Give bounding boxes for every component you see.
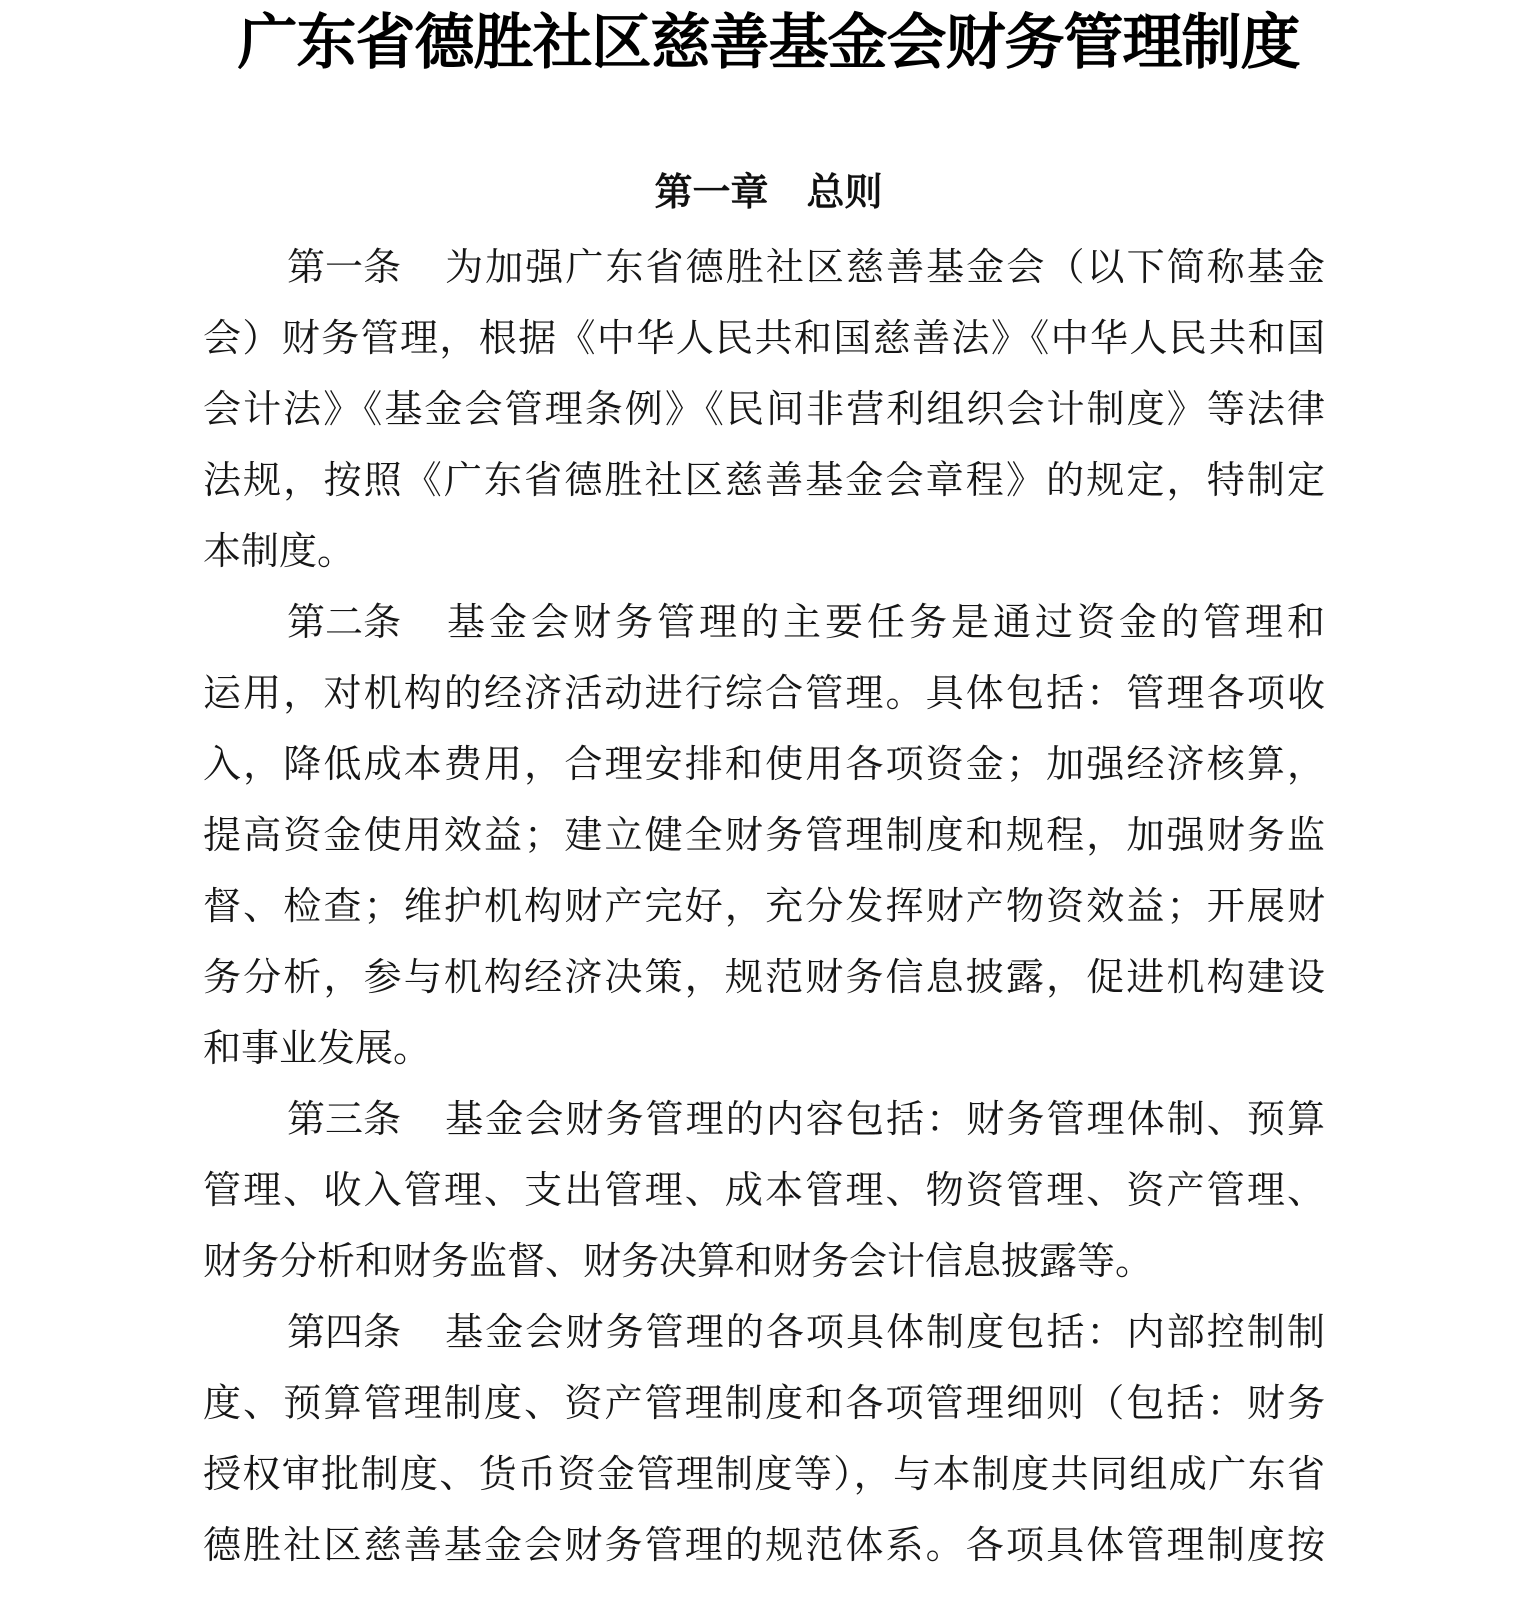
article-line: 督、检查；维护机构财产完好，充分发挥财产物资效益；开展财 — [203, 871, 1325, 942]
article-2: 第二条基金会财务管理的主要任务是通过资金的管理和 运用，对机构的经济活动进行综合… — [203, 587, 1325, 1084]
article-label: 第一条 — [287, 232, 401, 303]
document-body: 第一条为加强广东省德胜社区慈善基金会（以下简称基金 会）财务管理，根据《中华人民… — [203, 232, 1325, 1581]
article-line: 本制度。 — [203, 516, 1325, 587]
article-line: 提高资金使用效益；建立健全财务管理制度和规程，加强财务监 — [203, 800, 1325, 871]
article-line: 和事业发展。 — [203, 1013, 1325, 1084]
article-line: 入，降低成本费用，合理安排和使用各项资金；加强经济核算， — [203, 729, 1325, 800]
article-label: 第三条 — [287, 1084, 401, 1155]
article-line: 德胜社区慈善基金会财务管理的规范体系。各项具体管理制度按 — [203, 1510, 1325, 1581]
article-line: 管理、收入管理、支出管理、成本管理、物资管理、资产管理、 — [203, 1155, 1325, 1226]
article-line: 第三条基金会财务管理的内容包括：财务管理体制、预算 — [203, 1084, 1325, 1155]
document-title: 广东省德胜社区慈善基金会财务管理制度 — [0, 8, 1537, 78]
article-label: 第四条 — [287, 1297, 401, 1368]
article-line: 会计法》《基金会管理条例》《民间非营利组织会计制度》等法律 — [203, 374, 1325, 445]
article-1: 第一条为加强广东省德胜社区慈善基金会（以下简称基金 会）财务管理，根据《中华人民… — [203, 232, 1325, 587]
article-label: 第二条 — [287, 587, 401, 658]
article-line: 法规，按照《广东省德胜社区慈善基金会章程》的规定，特制定 — [203, 445, 1325, 516]
article-3: 第三条基金会财务管理的内容包括：财务管理体制、预算 管理、收入管理、支出管理、成… — [203, 1084, 1325, 1297]
article-text: 为加强广东省德胜社区慈善基金会（以下简称基金 — [443, 245, 1325, 289]
article-line: 第一条为加强广东省德胜社区慈善基金会（以下简称基金 — [203, 232, 1325, 303]
article-line: 运用，对机构的经济活动进行综合管理。具体包括：管理各项收 — [203, 658, 1325, 729]
article-line: 会）财务管理，根据《中华人民共和国慈善法》《中华人民共和国 — [203, 303, 1325, 374]
article-4: 第四条基金会财务管理的各项具体制度包括：内部控制制 度、预算管理制度、资产管理制… — [203, 1297, 1325, 1581]
article-line: 授权审批制度、货币资金管理制度等），与本制度共同组成广东省 — [203, 1439, 1325, 1510]
article-line: 度、预算管理制度、资产管理制度和各项管理细则（包括：财务 — [203, 1368, 1325, 1439]
article-line: 第四条基金会财务管理的各项具体制度包括：内部控制制 — [203, 1297, 1325, 1368]
article-text: 基金会财务管理的各项具体制度包括：内部控制制 — [443, 1310, 1325, 1354]
article-text: 基金会财务管理的主要任务是通过资金的管理和 — [443, 600, 1325, 644]
article-line: 财务分析和财务监督、财务决算和财务会计信息披露等。 — [203, 1226, 1325, 1297]
article-line: 第二条基金会财务管理的主要任务是通过资金的管理和 — [203, 587, 1325, 658]
article-text: 基金会财务管理的内容包括：财务管理体制、预算 — [443, 1097, 1325, 1141]
chapter-heading: 第一章 总则 — [0, 166, 1537, 218]
article-line: 务分析，参与机构经济决策，规范财务信息披露，促进机构建设 — [203, 942, 1325, 1013]
